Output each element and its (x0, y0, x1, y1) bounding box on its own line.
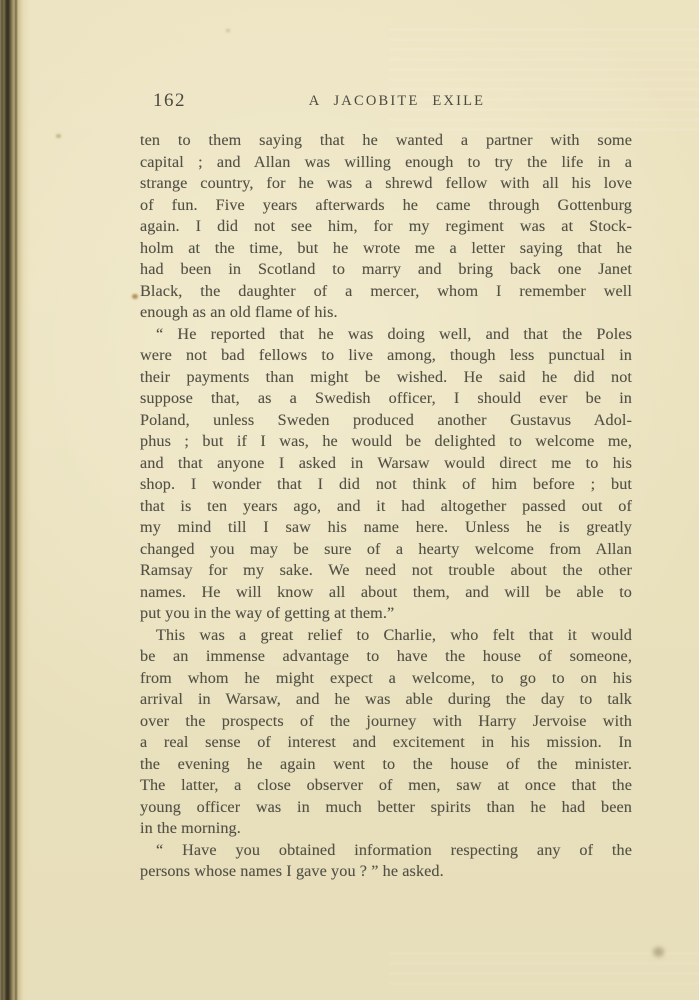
text-line: Ramsay for my sake. We need not trouble … (140, 560, 632, 582)
text-line: arrival in Warsaw, and he was able durin… (140, 689, 632, 711)
text-line: The latter, a close observer of men, saw… (140, 775, 632, 797)
text-line: holm at the time, but he wrote me a lett… (140, 238, 632, 260)
text-line: and that anyone I asked in Warsaw would … (140, 453, 632, 475)
paragraph: This was a great relief to Charlie, who … (140, 625, 632, 840)
book-page: 162 A JACOBITE EXILE ten to them saying … (0, 0, 699, 1000)
foxing-spot (132, 294, 138, 299)
text-line: “ Have you obtained information respecti… (140, 840, 632, 862)
text-line: Poland, unless Sweden produced another G… (140, 410, 632, 432)
foxing-spot (226, 29, 230, 32)
text-line: over the prospects of the journey with H… (140, 711, 632, 733)
text-line: be an immense advantage to have the hous… (140, 646, 632, 668)
paragraph: “ He reported that he was doing well, an… (140, 324, 632, 625)
paragraph: “ Have you obtained information respecti… (140, 840, 632, 883)
text-line: the evening he again went to the house o… (140, 754, 632, 776)
text-line: from whom he might expect a welcome, to … (140, 668, 632, 690)
body-text: ten to them saying that he wanted a part… (140, 130, 632, 883)
text-line: in the morning. (140, 818, 632, 840)
scan-streaks (389, 952, 699, 992)
text-line: put you in the way of getting at them.” (140, 603, 632, 625)
text-line: were not bad fellows to live among, thou… (140, 345, 632, 367)
text-line: my mind till I saw his name here. Unless… (140, 517, 632, 539)
page-content: 162 A JACOBITE EXILE ten to them saying … (140, 90, 632, 883)
text-line: had been in Scotland to marry and bring … (140, 259, 632, 281)
text-line: Black, the daughter of a mercer, whom I … (140, 281, 632, 303)
text-line: This was a great relief to Charlie, who … (140, 625, 632, 647)
text-line: enough as an old flame of his. (140, 302, 632, 324)
text-line: changed you may be sure of a hearty welc… (140, 539, 632, 561)
text-line: strange country, for he was a shrewd fel… (140, 173, 632, 195)
text-line: a real sense of interest and excitement … (140, 732, 632, 754)
text-line: phus ; but if I was, he would be delight… (140, 431, 632, 453)
text-line: ten to them saying that he wanted a part… (140, 130, 632, 152)
running-title: A JACOBITE EXILE (151, 93, 643, 110)
foxing-spot (56, 134, 61, 138)
text-line: “ He reported that he was doing well, an… (140, 324, 632, 346)
text-line: of fun. Five years afterwards he came th… (140, 195, 632, 217)
text-line: again. I did not see him, for my regimen… (140, 216, 632, 238)
text-line: that is ten years ago, and it had altoge… (140, 496, 632, 518)
text-line: shop. I wonder that I did not think of h… (140, 474, 632, 496)
page-header: 162 A JACOBITE EXILE (140, 90, 632, 130)
text-line: capital ; and Allan was willing enough t… (140, 152, 632, 174)
foxing-spot (653, 947, 664, 957)
text-line: names. He will know all about them, and … (140, 582, 632, 604)
text-line: suppose that, as a Swedish officer, I sh… (140, 388, 632, 410)
text-line: young officer was in much better spirits… (140, 797, 632, 819)
text-line: persons whose names I gave you ? ” he as… (140, 861, 632, 883)
text-line: their payments than might be wished. He … (140, 367, 632, 389)
paragraph: ten to them saying that he wanted a part… (140, 130, 632, 324)
book-binding-edge (0, 0, 30, 1000)
